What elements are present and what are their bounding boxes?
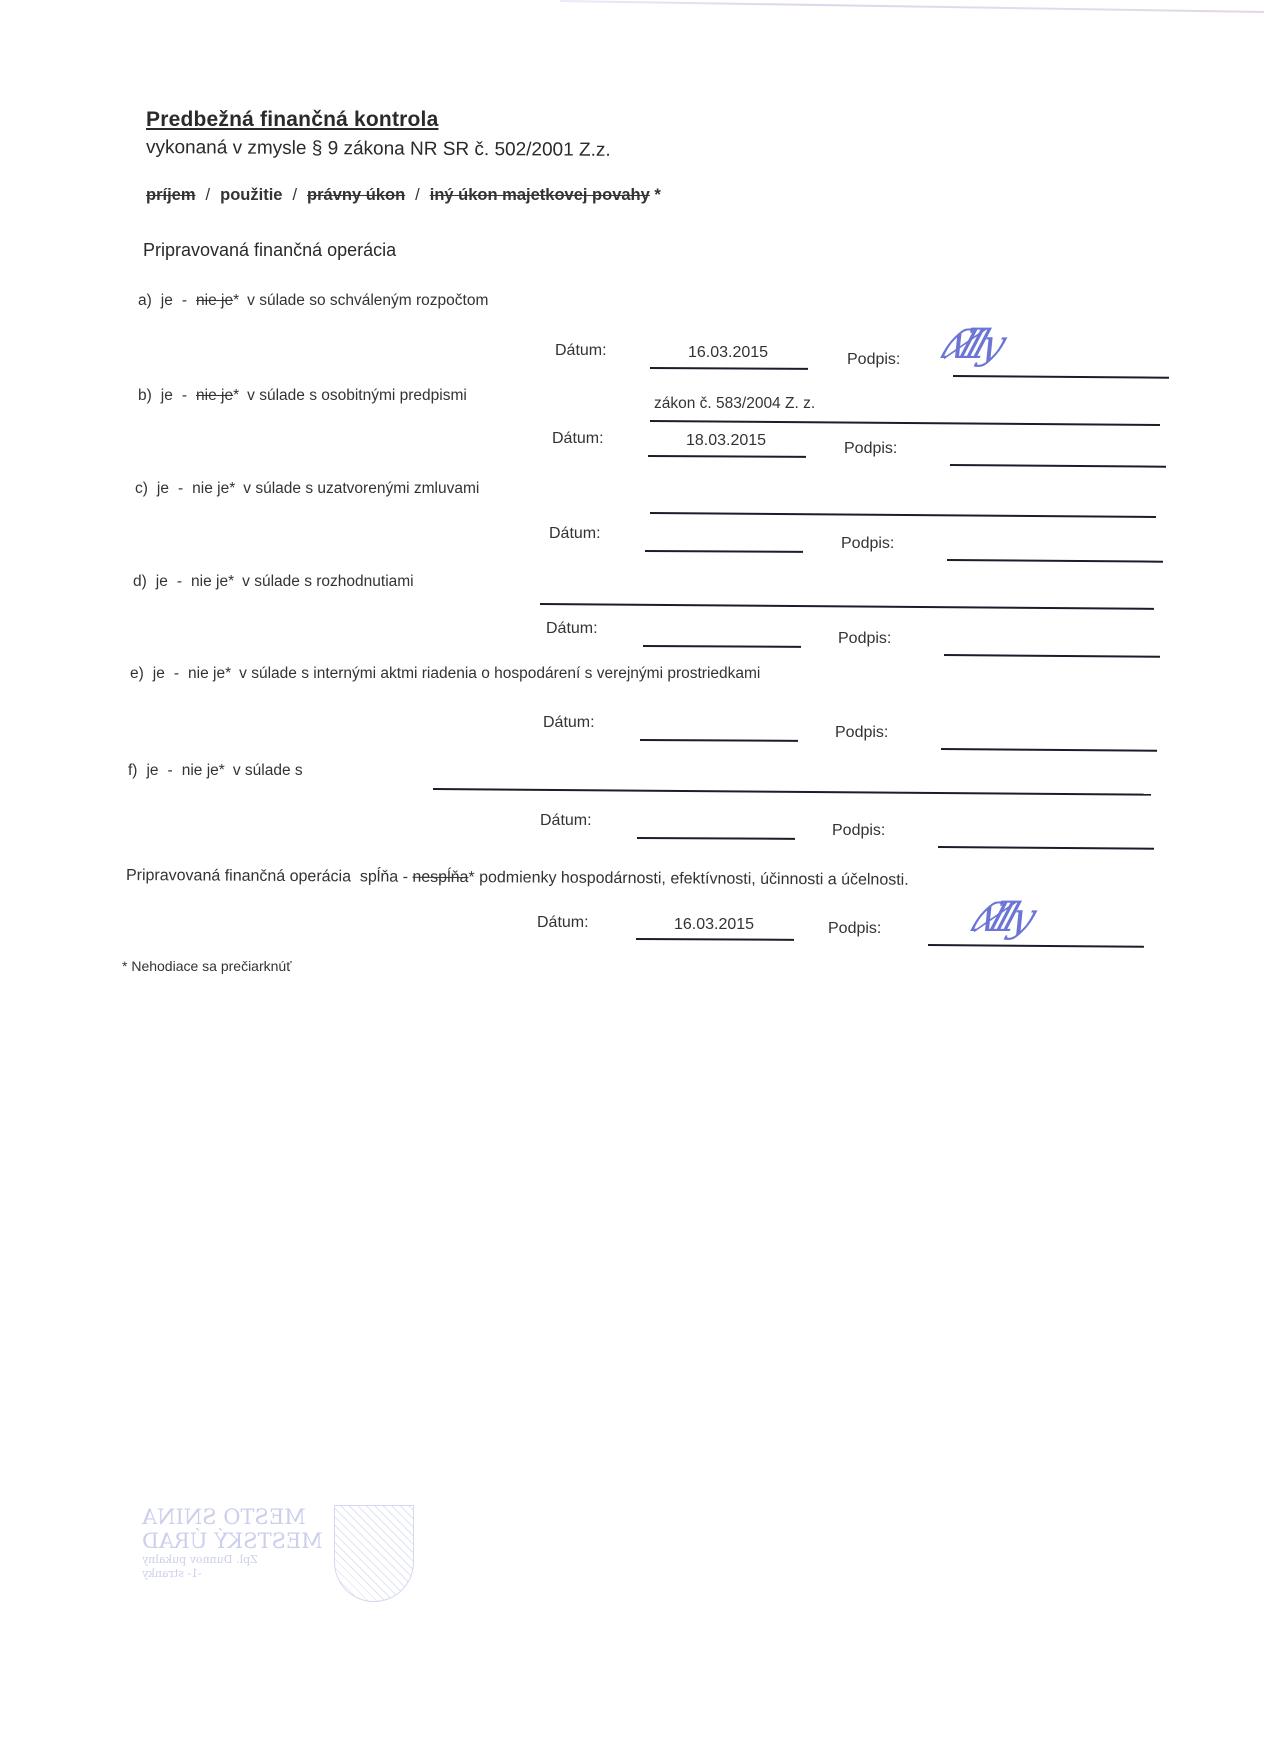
signature-field-line[interactable] xyxy=(944,654,1160,658)
signature-field-line[interactable] xyxy=(953,375,1169,379)
signature-label: Podpis: xyxy=(847,351,900,369)
option-je: je xyxy=(161,387,173,404)
signature-field-line[interactable] xyxy=(947,559,1163,563)
condition-text: v súlade s internými aktmi riadenia o ho… xyxy=(239,665,760,682)
document-subtitle: vykonaná v zmysle § 9 zákona NR SR č. 50… xyxy=(146,137,611,162)
date-label: Dátum: xyxy=(555,342,607,360)
asterisk: * xyxy=(654,186,660,204)
intro-text: Pripravovaná finančná operácia xyxy=(143,240,396,261)
asterisk: * xyxy=(233,387,239,404)
option-nie-je: nie je xyxy=(182,762,219,779)
handwritten-signature-icon: ʎll̸ly xyxy=(938,322,1007,368)
usage-option-iny-ukon: iný úkon majetkovej povahy xyxy=(430,186,650,204)
condition-letter: c) xyxy=(135,480,148,497)
option-je: je xyxy=(157,480,169,497)
conclusion-signature-line[interactable] xyxy=(928,944,1144,948)
option-nie-je: nie je xyxy=(192,480,229,497)
condition-text: v súlade so schváleným rozpočtom xyxy=(247,292,488,309)
stamp-line: MESTSKÝ ÚRAD xyxy=(142,1529,327,1553)
option-dash: - xyxy=(182,387,187,404)
scan-edge-artifact xyxy=(560,0,1264,13)
condition-item-c: c)je-nie je*v súlade s uzatvorenými zmlu… xyxy=(135,480,479,498)
option-dash: - xyxy=(178,480,183,497)
signature-field-line[interactable] xyxy=(941,748,1157,752)
option-nie-je: nie je xyxy=(196,387,233,404)
conclusion-option-no: nespĺňa xyxy=(412,869,468,886)
signature-label: Podpis: xyxy=(841,535,894,553)
option-dash: - xyxy=(177,573,182,590)
condition-text: v súlade s uzatvorenými zmluvami xyxy=(243,480,479,497)
date-field-line xyxy=(640,739,798,742)
date-field-line xyxy=(650,367,808,370)
option-je: je xyxy=(146,762,158,779)
condition-text: v súlade s rozhodnutiami xyxy=(242,573,413,590)
asterisk: * xyxy=(228,573,234,590)
condition-letter: d) xyxy=(133,573,147,590)
signature-label: Podpis: xyxy=(832,822,885,840)
date-field[interactable]: 16.03.2015 xyxy=(650,344,806,362)
condition-item-b: b)je-nie je*v súlade s osobitnými predpi… xyxy=(138,387,467,405)
signature-label: Podpis: xyxy=(844,440,897,458)
condition-letter: f) xyxy=(128,762,137,779)
coat-of-arms-icon xyxy=(334,1505,414,1602)
option-dash: - xyxy=(182,292,187,309)
date-field-line xyxy=(637,837,795,840)
signature-field-line[interactable] xyxy=(950,464,1166,468)
condition-item-f: f)je-nie je*v súlade s xyxy=(128,762,303,780)
condition-text: v súlade s xyxy=(233,762,303,779)
condition-letter: e) xyxy=(130,665,144,682)
condition-item-a: a)je-nie je*v súlade so schváleným rozpo… xyxy=(138,292,488,310)
signature-label: Podpis: xyxy=(838,630,891,648)
condition-item-e: e)je-nie je*v súlade s internými aktmi r… xyxy=(130,665,760,683)
mirrored-stamp-bleedthrough: MESTO SNINA MESTSKÝ ÚRAD Zpl. Dunnov puk… xyxy=(142,1505,417,1605)
asterisk: * xyxy=(219,762,225,779)
stamp-line: MESTO SNINA xyxy=(142,1505,327,1529)
handwritten-signature-icon: ʎll̸ly xyxy=(968,895,1037,941)
asterisk: * xyxy=(229,480,235,497)
asterisk: * xyxy=(225,665,231,682)
conclusion-date-label: Dátum: xyxy=(537,914,589,932)
separator: / xyxy=(415,186,420,204)
usage-option-prijem: príjem xyxy=(146,186,196,204)
date-field-line xyxy=(645,550,803,553)
asterisk: * xyxy=(233,292,239,309)
option-je: je xyxy=(153,665,165,682)
option-nie-je: nie je xyxy=(191,573,228,590)
date-field-line xyxy=(648,455,806,458)
document-title: Predbežná finančná kontrola xyxy=(146,108,438,132)
condition-letter: b) xyxy=(138,387,152,404)
option-nie-je: nie je xyxy=(188,665,225,682)
condition-text: v súlade s osobitnými predpismi xyxy=(247,387,467,404)
stamp-text: MESTO SNINA MESTSKÝ ÚRAD Zpl. Dunnov puk… xyxy=(142,1505,327,1581)
conclusion-date-line xyxy=(636,938,794,941)
option-je: je xyxy=(161,292,173,309)
detail-field-line[interactable] xyxy=(650,420,1160,426)
signature-field-line[interactable] xyxy=(938,846,1154,850)
option-nie-je: nie je xyxy=(196,292,233,309)
usage-option-pouzitie: použitie xyxy=(220,186,282,204)
conclusion-prefix: Pripravovaná finančná operácia xyxy=(126,867,351,885)
separator: / xyxy=(206,186,211,204)
date-label: Dátum: xyxy=(549,525,601,543)
stamp-line: -1- stranky xyxy=(142,1567,327,1581)
usage-options: príjem/použitie/právny úkon/iný úkon maj… xyxy=(146,186,661,205)
option-dash: - xyxy=(174,665,179,682)
condition-letter: a) xyxy=(138,292,152,309)
condition-item-d: d)je-nie je*v súlade s rozhodnutiami xyxy=(133,573,414,591)
date-label: Dátum: xyxy=(546,620,598,638)
detail-field-value[interactable]: zákon č. 583/2004 Z. z. xyxy=(654,395,815,413)
separator: / xyxy=(292,186,297,204)
conclusion-option-yes: spĺňa xyxy=(360,868,398,885)
signature-label: Podpis: xyxy=(835,724,888,742)
option-je: je xyxy=(156,573,168,590)
conclusion-dash: - xyxy=(403,869,408,886)
detail-field-line[interactable] xyxy=(433,788,1151,796)
conclusion-date-value[interactable]: 16.03.2015 xyxy=(636,916,792,934)
date-field[interactable]: 18.03.2015 xyxy=(648,432,804,450)
date-label: Dátum: xyxy=(540,812,592,830)
option-dash: - xyxy=(168,762,173,779)
date-label: Dátum: xyxy=(543,714,595,732)
conclusion-signature-label: Podpis: xyxy=(828,920,881,938)
usage-option-pravny-ukon: právny úkon xyxy=(307,186,405,204)
detail-field-line[interactable] xyxy=(650,512,1156,518)
detail-field-line[interactable] xyxy=(540,603,1154,610)
conclusion-text: Pripravovaná finančná operácia spĺňa - n… xyxy=(126,867,909,890)
date-label: Dátum: xyxy=(552,430,604,448)
conclusion-suffix: * podmienky hospodárnosti, efektívnosti,… xyxy=(468,869,908,889)
date-field-line xyxy=(643,645,801,648)
footnote: * Nehodiace sa prečiarknúť xyxy=(122,958,291,974)
stamp-line: Zpl. Dunnov pukalny xyxy=(142,1553,327,1567)
